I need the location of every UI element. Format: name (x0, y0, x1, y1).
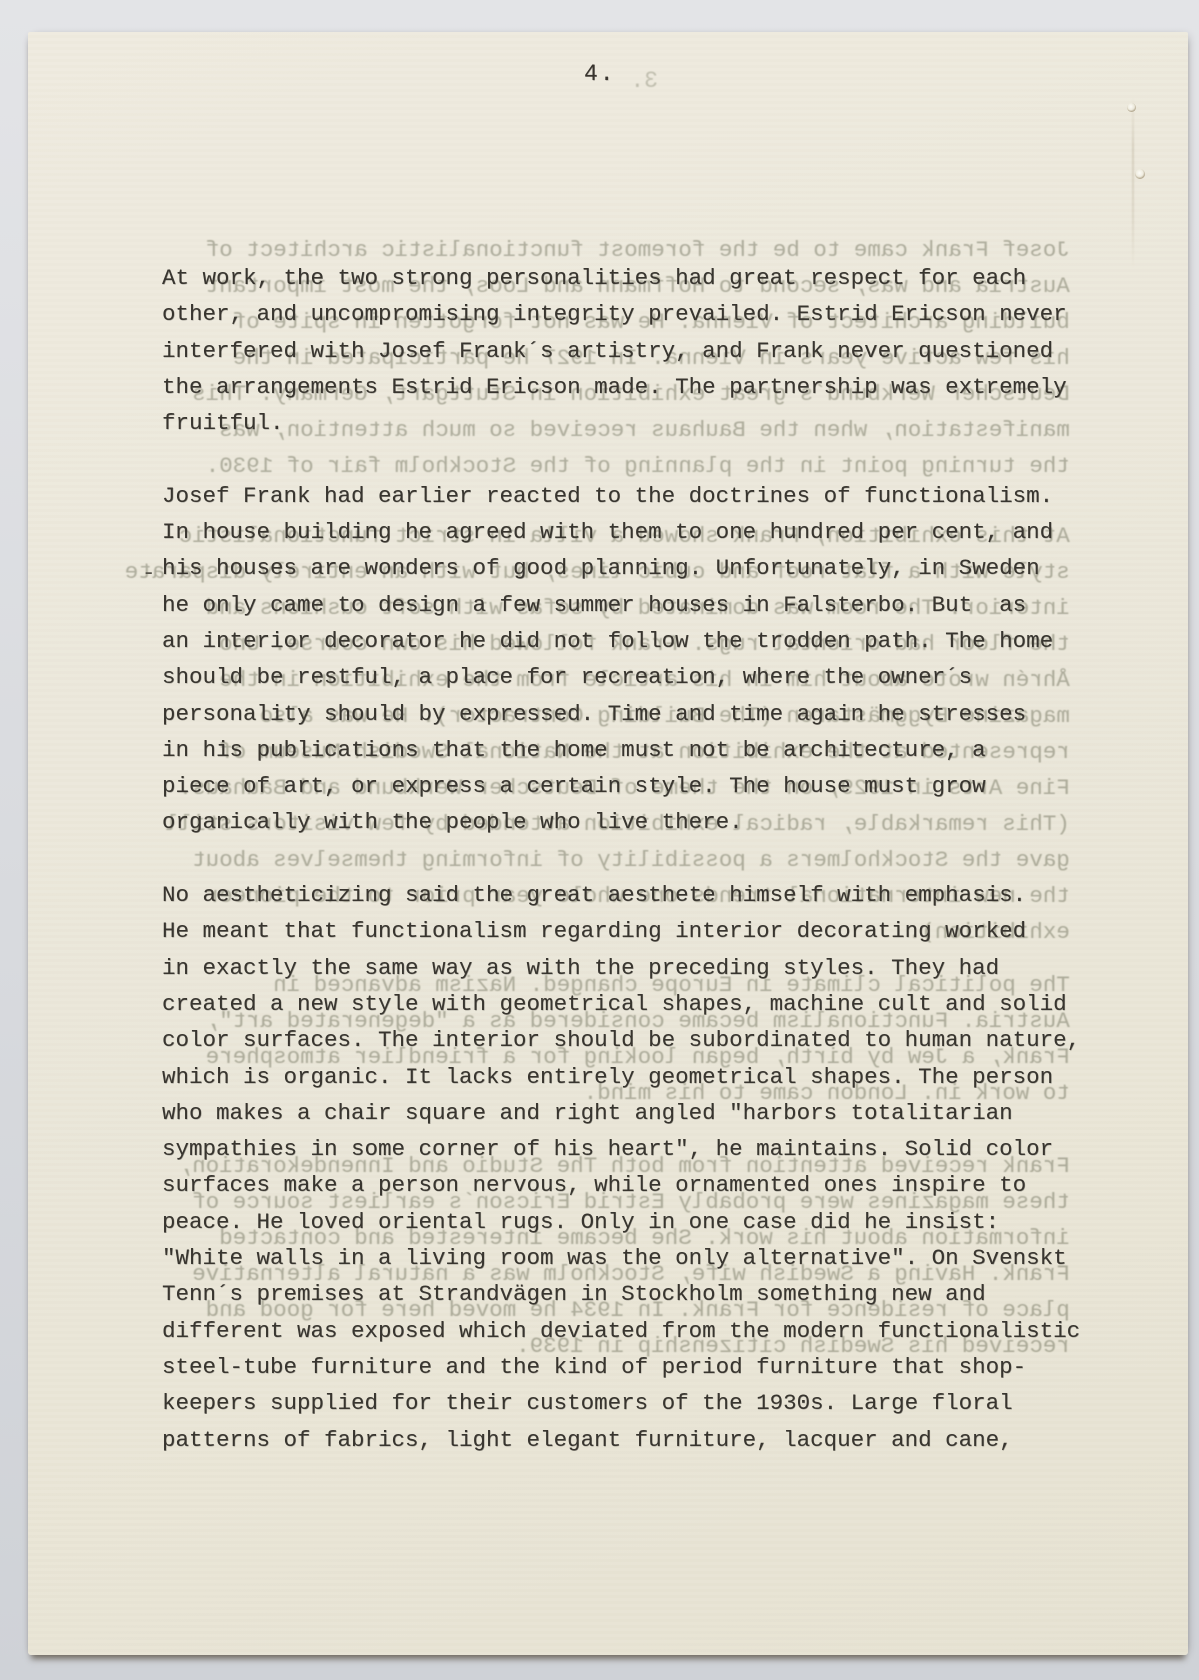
paper-crease (1132, 98, 1134, 268)
paragraph: No aestheticizing said the great aesthet… (162, 877, 1122, 1458)
paragraph: Josef Frank had earlier reacted to the d… (162, 478, 1122, 841)
document-page: 3. Josef Frank came to be the foremost f… (28, 32, 1188, 1655)
scan-background: { "page": { "number": "4.", "margin_mark… (0, 0, 1199, 1680)
bleedthrough-page-number: 3. (630, 68, 658, 94)
paper-speck (1135, 169, 1145, 179)
paragraph: At work, the two strong personalities ha… (162, 260, 1122, 441)
typed-text: At work, the two strong personalities ha… (162, 260, 1122, 1494)
page-number: 4. (584, 56, 616, 92)
margin-dash-mark: - (142, 560, 156, 586)
